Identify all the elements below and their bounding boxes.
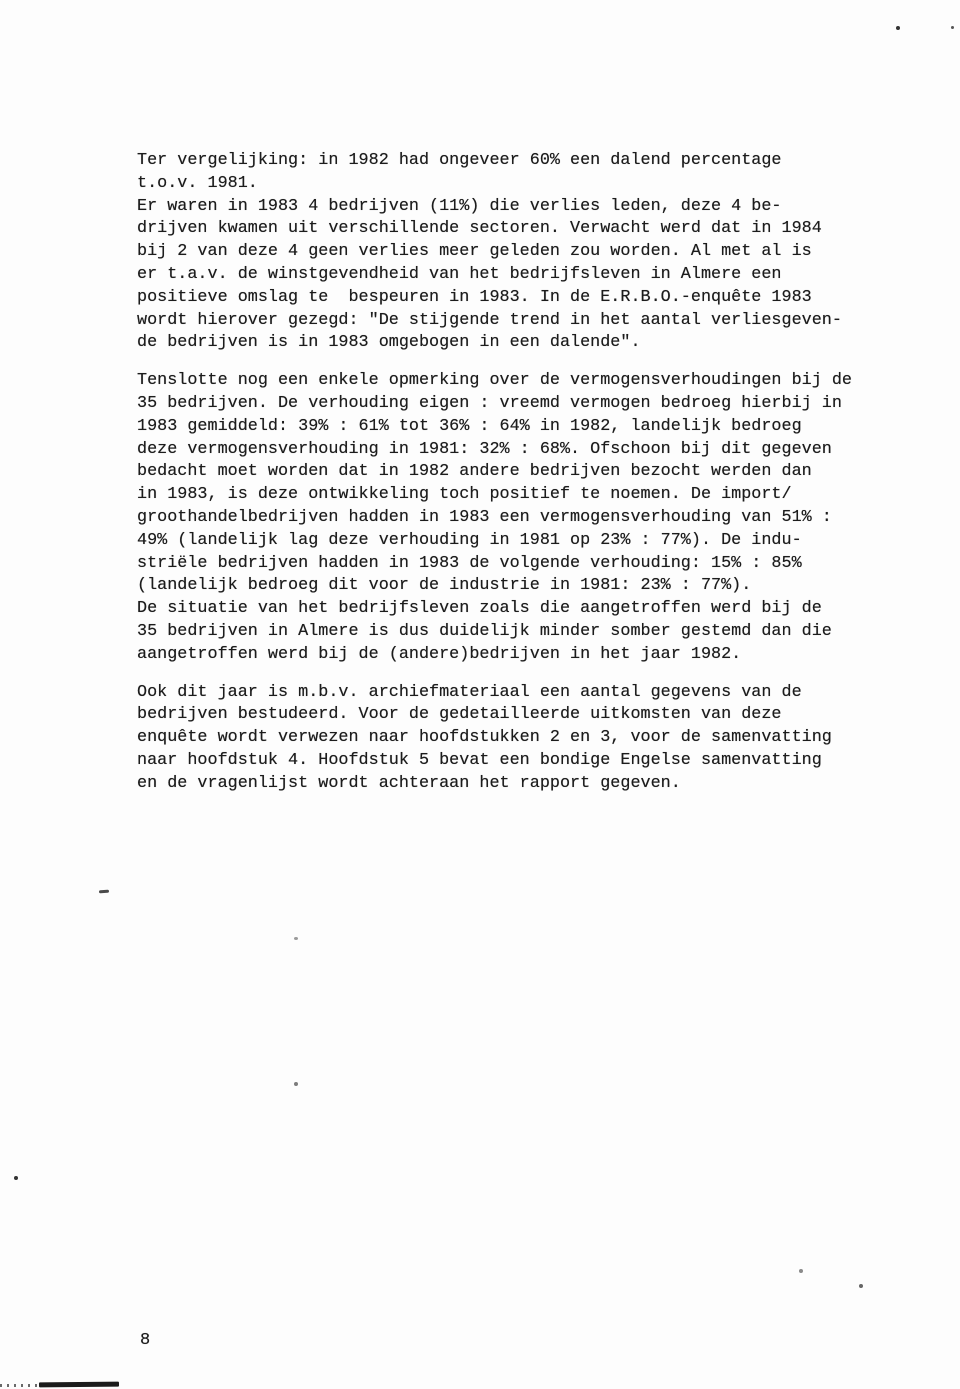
text-line: 35 bedrijven. De verhouding eigen : vree… <box>137 393 852 416</box>
text-line: de bedrijven is in 1983 omgebogen in een… <box>137 332 852 355</box>
text-line: wordt hierover gezegd: "De stijgende tre… <box>137 310 852 333</box>
text-line: Ter vergelijking: in 1982 had ongeveer 6… <box>137 150 852 173</box>
text-line: (landelijk bedroeg dit voor de industrie… <box>137 575 852 598</box>
scan-speck <box>951 26 954 29</box>
scan-speck <box>294 937 298 940</box>
scan-speck <box>896 26 900 30</box>
scan-edge-mark <box>39 1382 119 1388</box>
scan-speck <box>859 1284 863 1288</box>
text-line: Ook dit jaar is m.b.v. archiefmateriaal … <box>137 682 852 705</box>
text-line: 1983 gemiddeld: 39% : 61% tot 36% : 64% … <box>137 416 852 439</box>
page-number: 8 <box>140 1331 150 1351</box>
scan-speck <box>799 1269 803 1273</box>
text-line: t.o.v. 1981. <box>137 173 852 196</box>
text-line: positieve omslag te bespeuren in 1983. I… <box>137 287 852 310</box>
text-line: bedacht moet worden dat in 1982 andere b… <box>137 461 852 484</box>
text-line: deze vermogensverhouding in 1981: 32% : … <box>137 439 852 462</box>
document-page: Ter vergelijking: in 1982 had ongeveer 6… <box>0 0 960 1389</box>
text-line: groothandelbedrijven hadden in 1983 een … <box>137 507 852 530</box>
text-line: er t.a.v. de winstgevendheid van het bed… <box>137 264 852 287</box>
paragraph: Tenslotte nog een enkele opmerking over … <box>137 370 852 666</box>
scan-edge-dots <box>0 1384 40 1387</box>
text-line: Er waren in 1983 4 bedrijven (11%) die v… <box>137 196 852 219</box>
text-line: striële bedrijven hadden in 1983 de volg… <box>137 553 852 576</box>
paragraph: Ook dit jaar is m.b.v. archiefmateriaal … <box>137 682 852 796</box>
document-body: Ter vergelijking: in 1982 had ongeveer 6… <box>137 150 852 811</box>
text-line: De situatie van het bedrijfsleven zoals … <box>137 598 852 621</box>
text-line: bij 2 van deze 4 geen verlies meer geled… <box>137 241 852 264</box>
text-line: 49% (landelijk lag deze verhouding in 19… <box>137 530 852 553</box>
text-line: en de vragenlijst wordt achteraan het ra… <box>137 773 852 796</box>
text-line: aangetroffen werd bij de (andere)bedrijv… <box>137 644 852 667</box>
scan-speck <box>99 890 109 894</box>
scan-speck <box>294 1082 298 1086</box>
text-line: enquête wordt verwezen naar hoofdstukken… <box>137 727 852 750</box>
text-line: drijven kwamen uit verschillende sectore… <box>137 218 852 241</box>
paragraph: Ter vergelijking: in 1982 had ongeveer 6… <box>137 150 852 355</box>
text-line: 35 bedrijven in Almere is dus duidelijk … <box>137 621 852 644</box>
scan-speck <box>14 1176 18 1180</box>
text-line: Tenslotte nog een enkele opmerking over … <box>137 370 852 393</box>
text-line: naar hoofdstuk 4. Hoofdstuk 5 bevat een … <box>137 750 852 773</box>
text-line: bedrijven bestudeerd. Voor de gedetaille… <box>137 704 852 727</box>
text-line: in 1983, is deze ontwikkeling toch posit… <box>137 484 852 507</box>
